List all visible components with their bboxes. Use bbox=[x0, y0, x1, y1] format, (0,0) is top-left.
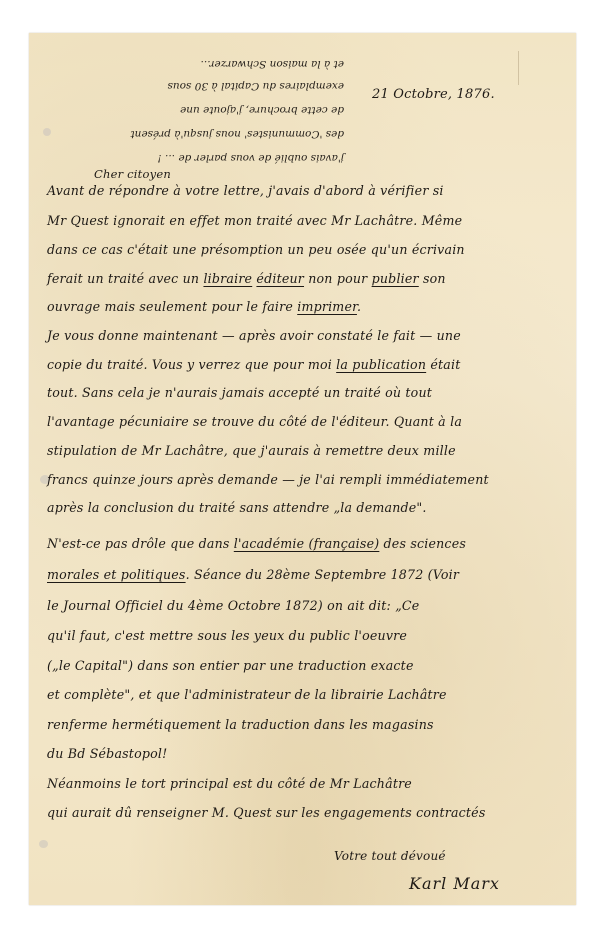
underlined-text: éditeur bbox=[256, 271, 304, 286]
postscript-line: de cette brochure, j'ajoute une bbox=[180, 104, 344, 116]
closing: Votre tout dévoué bbox=[334, 849, 446, 863]
body-line: tout. Sans cela je n'aurais jamais accep… bbox=[47, 385, 432, 400]
postscript-line: des 'Communistes' nous jusqu'à présent bbox=[130, 128, 344, 140]
body-line: Je vous donne maintenant — après avoir c… bbox=[47, 328, 461, 343]
body-text: non pour bbox=[304, 271, 372, 286]
salutation: Cher citoyen bbox=[94, 167, 171, 181]
body-text: dans ce cas c'était une présomption un p… bbox=[47, 242, 465, 257]
body-text: le Journal Officiel du 4ème Octobre 1872… bbox=[47, 598, 419, 613]
body-text: stipulation de Mr Lachâtre, que j'aurais… bbox=[47, 443, 456, 458]
body-line: l'avantage pécuniaire se trouve du côté … bbox=[47, 414, 462, 429]
fold-mark bbox=[518, 51, 519, 85]
underlined-text: imprimer bbox=[297, 299, 357, 314]
body-text: et complète", et que l'administrateur de… bbox=[47, 687, 447, 702]
underlined-text: morales et politiques bbox=[47, 567, 186, 582]
body-line: morales et politiques. Séance du 28ème S… bbox=[47, 567, 459, 582]
body-text: Mr Quest ignorait en effet mon traité av… bbox=[47, 213, 462, 228]
body-text: était bbox=[426, 357, 460, 372]
body-text: l'avantage pécuniaire se trouve du côté … bbox=[47, 414, 462, 429]
paper-stain bbox=[43, 128, 51, 136]
body-line: dans ce cas c'était une présomption un p… bbox=[47, 242, 465, 257]
body-text: . Séance du 28ème Septembre 1872 (Voir bbox=[186, 567, 460, 582]
body-line: ferait un traité avec un libraire éditeu… bbox=[47, 271, 446, 286]
paper-stain bbox=[39, 840, 48, 848]
body-text: renferme hermétiquement la traduction da… bbox=[47, 717, 434, 732]
postscript-line: j'avais oublié de vous parler de ... ! bbox=[157, 152, 344, 164]
body-line: du Bd Sébastopol! bbox=[47, 746, 167, 761]
underlined-text: publier bbox=[372, 271, 419, 286]
body-text: du Bd Sébastopol! bbox=[47, 746, 167, 761]
body-line: stipulation de Mr Lachâtre, que j'aurais… bbox=[47, 443, 456, 458]
body-line: renferme hermétiquement la traduction da… bbox=[47, 717, 434, 732]
body-text: . bbox=[357, 299, 361, 314]
underlined-text: la publication bbox=[336, 357, 426, 372]
body-text: son bbox=[419, 271, 446, 286]
body-line: Avant de répondre à votre lettre, j'avai… bbox=[47, 183, 444, 198]
body-line: francs quinze jours après demande — je l… bbox=[47, 472, 489, 487]
body-text: qu'il faut, c'est mettre sous les yeux d… bbox=[47, 628, 407, 643]
body-text: ouvrage mais seulement pour le faire bbox=[47, 299, 297, 314]
body-line: copie du traité. Vous y verrez que pour … bbox=[47, 357, 460, 372]
body-text: Avant de répondre à votre lettre, j'avai… bbox=[47, 183, 444, 198]
body-line: et complète", et que l'administrateur de… bbox=[47, 687, 447, 702]
body-line: N'est-ce pas drôle que dans l'académie (… bbox=[47, 536, 466, 551]
postscript-line: et à la maison Schwarzer... bbox=[201, 58, 344, 70]
postscript-line: exemplaires du Capital à 30 sous bbox=[168, 80, 345, 92]
body-line: Mr Quest ignorait en effet mon traité av… bbox=[47, 213, 462, 228]
body-text: des sciences bbox=[379, 536, 466, 551]
body-line: après la conclusion du traité sans atten… bbox=[47, 500, 427, 515]
underlined-text: libraire bbox=[203, 271, 252, 286]
underlined-text: l'académie (française) bbox=[234, 536, 380, 551]
body-text: francs quinze jours après demande — je l… bbox=[47, 472, 489, 487]
upside-down-postscript: j'avais oublié de vous parler de ... ! d… bbox=[64, 41, 344, 166]
body-text: après la conclusion du traité sans atten… bbox=[47, 500, 427, 515]
letter-date: 21 Octobre, 1876. bbox=[372, 87, 495, 102]
body-text: ferait un traité avec un bbox=[47, 271, 203, 286]
body-text: („le Capital") dans son entier par une t… bbox=[47, 658, 414, 673]
letter-paper: j'avais oublié de vous parler de ... ! d… bbox=[29, 33, 576, 905]
body-line: ouvrage mais seulement pour le faire imp… bbox=[47, 299, 361, 314]
body-text: Je vous donne maintenant — après avoir c… bbox=[47, 328, 461, 343]
body-text: qui aurait dû renseigner M. Quest sur le… bbox=[47, 805, 486, 820]
body-line: („le Capital") dans son entier par une t… bbox=[47, 658, 414, 673]
body-text: N'est-ce pas drôle que dans bbox=[47, 536, 234, 551]
body-text: tout. Sans cela je n'aurais jamais accep… bbox=[47, 385, 432, 400]
body-text: Néanmoins le tort principal est du côté … bbox=[47, 776, 412, 791]
body-line: qui aurait dû renseigner M. Quest sur le… bbox=[47, 805, 486, 820]
signature: Karl Marx bbox=[409, 874, 500, 893]
body-line: Néanmoins le tort principal est du côté … bbox=[47, 776, 412, 791]
body-line: qu'il faut, c'est mettre sous les yeux d… bbox=[47, 628, 407, 643]
body-text: copie du traité. Vous y verrez que pour … bbox=[47, 357, 336, 372]
body-line: le Journal Officiel du 4ème Octobre 1872… bbox=[47, 598, 419, 613]
